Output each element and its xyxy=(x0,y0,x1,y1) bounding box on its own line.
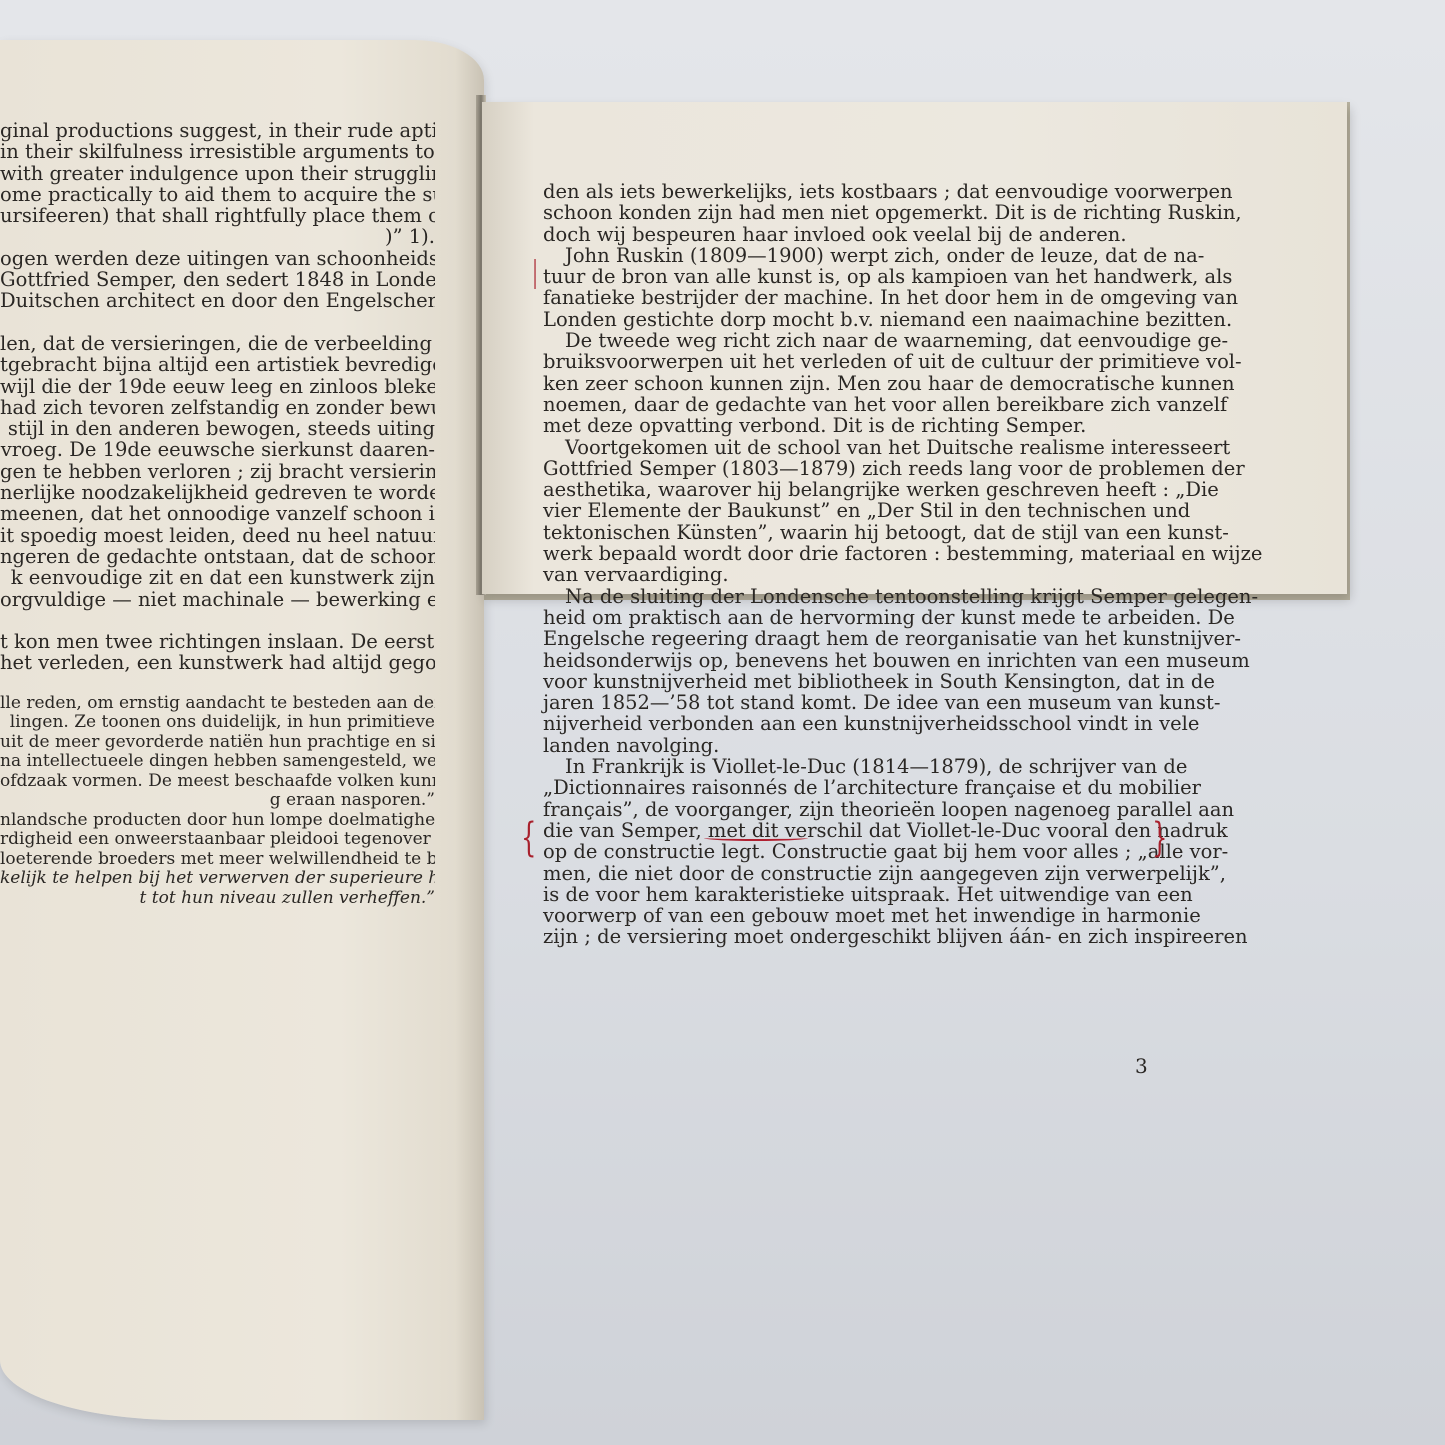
text-line: ngeren de gedachte ontstaan, dat de scho… xyxy=(0,546,435,567)
text-line: heidsonderwijs op, benevens het bouwen e… xyxy=(543,650,1150,671)
text-line: zijn ; de versiering moet ondergeschikt … xyxy=(543,926,1150,947)
underline-viollet-le-duc xyxy=(704,835,808,841)
text-line: voorwerp of van een gebouw moet met het … xyxy=(543,905,1150,926)
text-line: Gottfried Semper, den sedert 1848 in Lon… xyxy=(0,269,435,290)
footnote-line: g eraan nasporen.” xyxy=(0,791,435,811)
footnote-line: uit de meer gevorderde natiën hun pracht… xyxy=(0,733,435,753)
text-line: nijverheid verbonden aan een kunstnijver… xyxy=(543,713,1150,734)
text-line: had zich tevoren zelfstandig en zonder b… xyxy=(0,397,435,418)
text-line: fanatieke bestrijder der machine. In het… xyxy=(543,287,1150,308)
text-line: wijl die der 19de eeuw leeg en zinloos b… xyxy=(0,376,435,397)
text-line: Gottfried Semper (1803—1879) zich reeds … xyxy=(543,458,1150,479)
text-line: van vervaardiging. xyxy=(543,564,1150,585)
text-line: Engelsche regeering draagt hem de reorga… xyxy=(543,628,1150,649)
margin-brace-left: { xyxy=(521,815,536,861)
text-line: aesthetika, waarover hij belangrijke wer… xyxy=(543,479,1150,500)
footnote-line: rdigheid een onweerstaanbaar pleidooi te… xyxy=(0,830,435,850)
footnote-line: ofdzaak vormen. De meest beschaafde volk… xyxy=(0,772,435,792)
text-line: len, dat de versieringen, die de verbeel… xyxy=(0,333,435,354)
text-line: ken zeer schoon kunnen zijn. Men zou haa… xyxy=(543,373,1150,394)
text-line: is de voor hem karakteristieke uitspraak… xyxy=(543,884,1150,905)
text-line xyxy=(0,610,435,631)
text-line: tuur de bron van alle kunst is, op als k… xyxy=(543,266,1150,287)
margin-brace-right: } xyxy=(1152,815,1167,861)
text-line: orgvuldige — niet machinale — bewerking … xyxy=(0,589,435,610)
text-line: français”, de voorganger, zijn theorieën… xyxy=(543,799,1150,820)
text-line: k eenvoudige zit en dat een kunstwerk zi… xyxy=(0,567,435,588)
text-line: den als iets bewerkelijks, iets kostbaar… xyxy=(543,181,1150,202)
text-line: heid om praktisch aan de hervorming der … xyxy=(543,607,1150,628)
text-line: het verleden, een kunstwerk had altijd g… xyxy=(0,652,435,673)
text-line: voor kunstnijverheid met bibliotheek in … xyxy=(543,671,1150,692)
text-line: Duitschen architect en door den Engelsch… xyxy=(0,290,435,311)
text-line: t kon men twee richtingen inslaan. De ee… xyxy=(0,631,435,652)
text-line: ome practically to aid them to acquire t… xyxy=(0,184,435,205)
margin-mark-ruskin: | xyxy=(533,255,538,290)
text-line: ginal productions suggest, in their rude… xyxy=(0,120,435,141)
text-line: )” 1). xyxy=(0,226,435,247)
text-line: jaren 1852—’58 tot stand komt. De idee v… xyxy=(543,692,1150,713)
footnote-line: t tot hun niveau zullen verheffen.” xyxy=(0,889,435,909)
footnote-line: lingen. Ze toonen ons duidelijk, in hun … xyxy=(0,713,435,733)
text-line: schoon konden zijn had men niet opgemerk… xyxy=(543,202,1150,223)
footnote-line: kelijk te helpen bij het verwerven der s… xyxy=(0,869,435,889)
footnote-line: nlandsche producten door hun lompe doelm… xyxy=(0,811,435,831)
text-line: doch wij bespeuren haar invloed ook veel… xyxy=(543,224,1150,245)
text-line: stijl in den anderen bewogen, steeds uit… xyxy=(0,418,435,439)
page-number: 3 xyxy=(1135,1054,1148,1078)
text-line: bruiksvoorwerpen uit het verleden of uit… xyxy=(543,351,1150,372)
left-page-text: ginal productions suggest, in their rude… xyxy=(0,120,435,908)
text-line: tgebracht bijna altijd een artistiek bev… xyxy=(0,354,435,375)
text-line: In Frankrijk is Viollet-le-Duc (1814—187… xyxy=(543,756,1150,777)
text-line: Na de sluiting der Londensche tentoonste… xyxy=(543,586,1150,607)
text-line: De tweede weg richt zich naar de waarnem… xyxy=(543,330,1150,351)
text-line: with greater indulgence upon their strug… xyxy=(0,163,435,184)
text-line: tektonischen Künsten”, waarin hij betoog… xyxy=(543,522,1150,543)
text-line: met deze opvatting verbond. Dit is de ri… xyxy=(543,415,1150,436)
text-line: landen navolging. xyxy=(543,735,1150,756)
text-line: Voortgekomen uit de school van het Duits… xyxy=(543,437,1150,458)
text-line: ogen werden deze uitingen van schoonheid… xyxy=(0,248,435,269)
text-line: noemen, daar de gedachte van het voor al… xyxy=(543,394,1150,415)
text-line: gen te hebben verloren ; zij bracht vers… xyxy=(0,461,435,482)
text-line: op de constructie legt. Constructie gaat… xyxy=(543,841,1150,862)
footnote-line: loeterende broeders met meer welwillendh… xyxy=(0,850,435,870)
text-line: in their skilfulness irresistible argume… xyxy=(0,141,435,162)
text-line: ursifeeren) that shall rightfully place … xyxy=(0,205,435,226)
text-line: vier Elemente der Baukunst” en „Der Stil… xyxy=(543,500,1150,521)
text-line: werk bepaald wordt door drie factoren : … xyxy=(543,543,1150,564)
text-line: nerlijke noodzakelijkheid gedreven te wo… xyxy=(0,482,435,503)
text-line xyxy=(0,312,435,333)
text-line: „Dictionnaires raisonnés de l’architectu… xyxy=(543,777,1150,798)
text-line: men, die niet door de constructie zijn a… xyxy=(543,863,1150,884)
footnote-line: na intellectueele dingen hebben samenges… xyxy=(0,752,435,772)
right-page-text: den als iets bewerkelijks, iets kostbaar… xyxy=(543,181,1150,948)
footnote-line: lle reden, om ernstig aandacht te bested… xyxy=(0,694,435,714)
text-line: vroeg. De 19de eeuwsche sierkunst daaren… xyxy=(0,439,435,460)
text-line: meenen, dat het onnoodige vanzelf schoon… xyxy=(0,503,435,524)
text-line: John Ruskin (1809—1900) werpt zich, onde… xyxy=(543,245,1150,266)
text-line: it spoedig moest leiden, deed nu heel na… xyxy=(0,525,435,546)
text-line: die van Semper, met dit verschil dat Vio… xyxy=(543,820,1150,841)
text-line: Londen gestichte dorp mocht b.v. niemand… xyxy=(543,309,1150,330)
